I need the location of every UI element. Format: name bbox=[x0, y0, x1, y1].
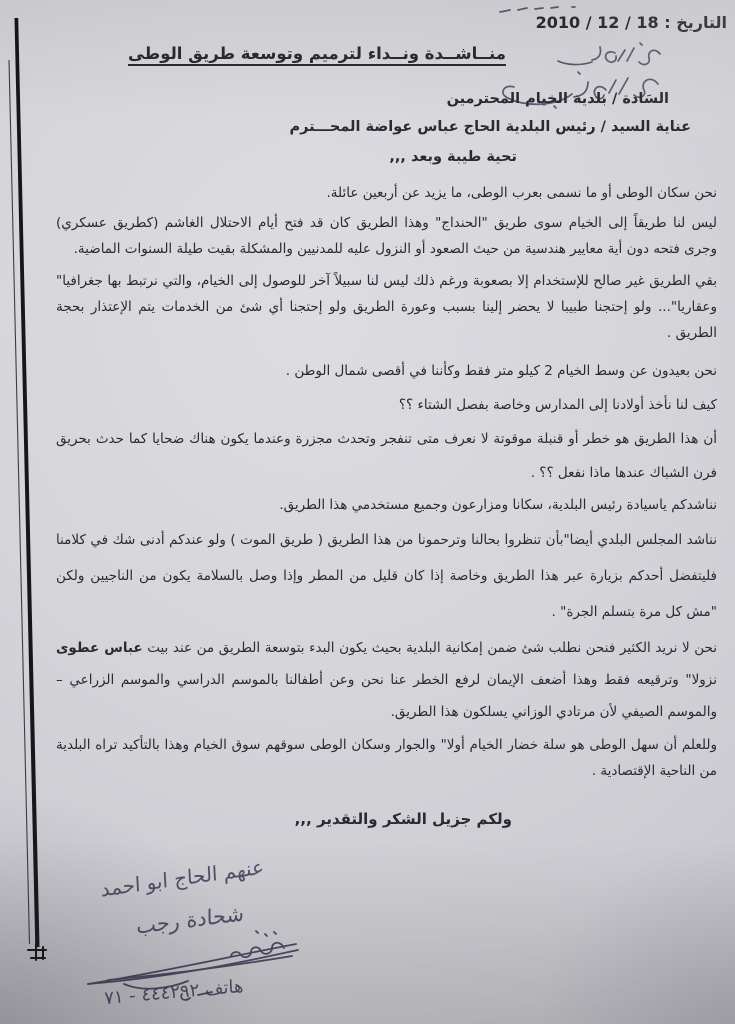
attention-line: عناية السيد / رئيس البلدية الحاج عباس عو… bbox=[56, 114, 717, 140]
scanned-letter-page: التاريخ : 18 / 12 / 2010 منــاشــدة ونــ… bbox=[0, 0, 735, 1024]
paragraph-text: نحن لا نريد الكثير فنحن نطلب شئ ضمن إمكا… bbox=[143, 640, 717, 656]
paragraph: أن هذا الطريق هو خطر أو قنبلة موقوتة لا … bbox=[56, 422, 717, 490]
letter-body: السَادة / بلدية الخيام المحترمين عناية ا… bbox=[56, 86, 717, 832]
paragraph: نحن بعيدون عن وسط الخيام 2 كيلو متر فقط … bbox=[56, 358, 717, 384]
addressee-line: السَادة / بلدية الخيام المحترمين bbox=[56, 86, 717, 112]
paragraph: ليس لنا طريقاً إلى الخيام سوى طريق "الحن… bbox=[56, 210, 717, 262]
paragraph: نحن سكان الوطى أو ما نسمى بعرب الوطى، ما… bbox=[56, 180, 717, 206]
paragraph-text: نزولا" وترقيعه فقط وهذا أضعف الإيمان لرف… bbox=[56, 672, 717, 720]
closing-line: ولكم جزيل الشكر والتقدير ,,, bbox=[56, 806, 512, 832]
paragraph: نحن لا نريد الكثير فنحن نطلب شئ ضمن إمكا… bbox=[56, 632, 717, 728]
highlighted-name: عباس عطوى bbox=[56, 640, 143, 656]
date-line: التاريخ : 18 / 12 / 2010 bbox=[536, 13, 727, 32]
paragraph: نناشد المجلس البلدي أيضا"بأن تنظروا بحال… bbox=[56, 522, 717, 630]
paragraph: نناشدكم ياسيادة رئيس البلدية، سكانا ومزا… bbox=[56, 492, 717, 518]
paragraph: بقي الطريق غير صالح للإستخدام إلا بصعوبة… bbox=[56, 268, 717, 346]
paragraph: وللعلم أن سهل الوطى هو سلة خضار الخيام أ… bbox=[56, 732, 717, 784]
letter-title: منــاشــدة ونــداء لترميم وتوسعة طريق ال… bbox=[128, 44, 506, 63]
greeting-line: تحية طيبة وبعد ,,, bbox=[56, 144, 717, 170]
paragraph: كيف لنا نأخذ أولادنا إلى المدارس وخاصة ب… bbox=[56, 392, 717, 418]
